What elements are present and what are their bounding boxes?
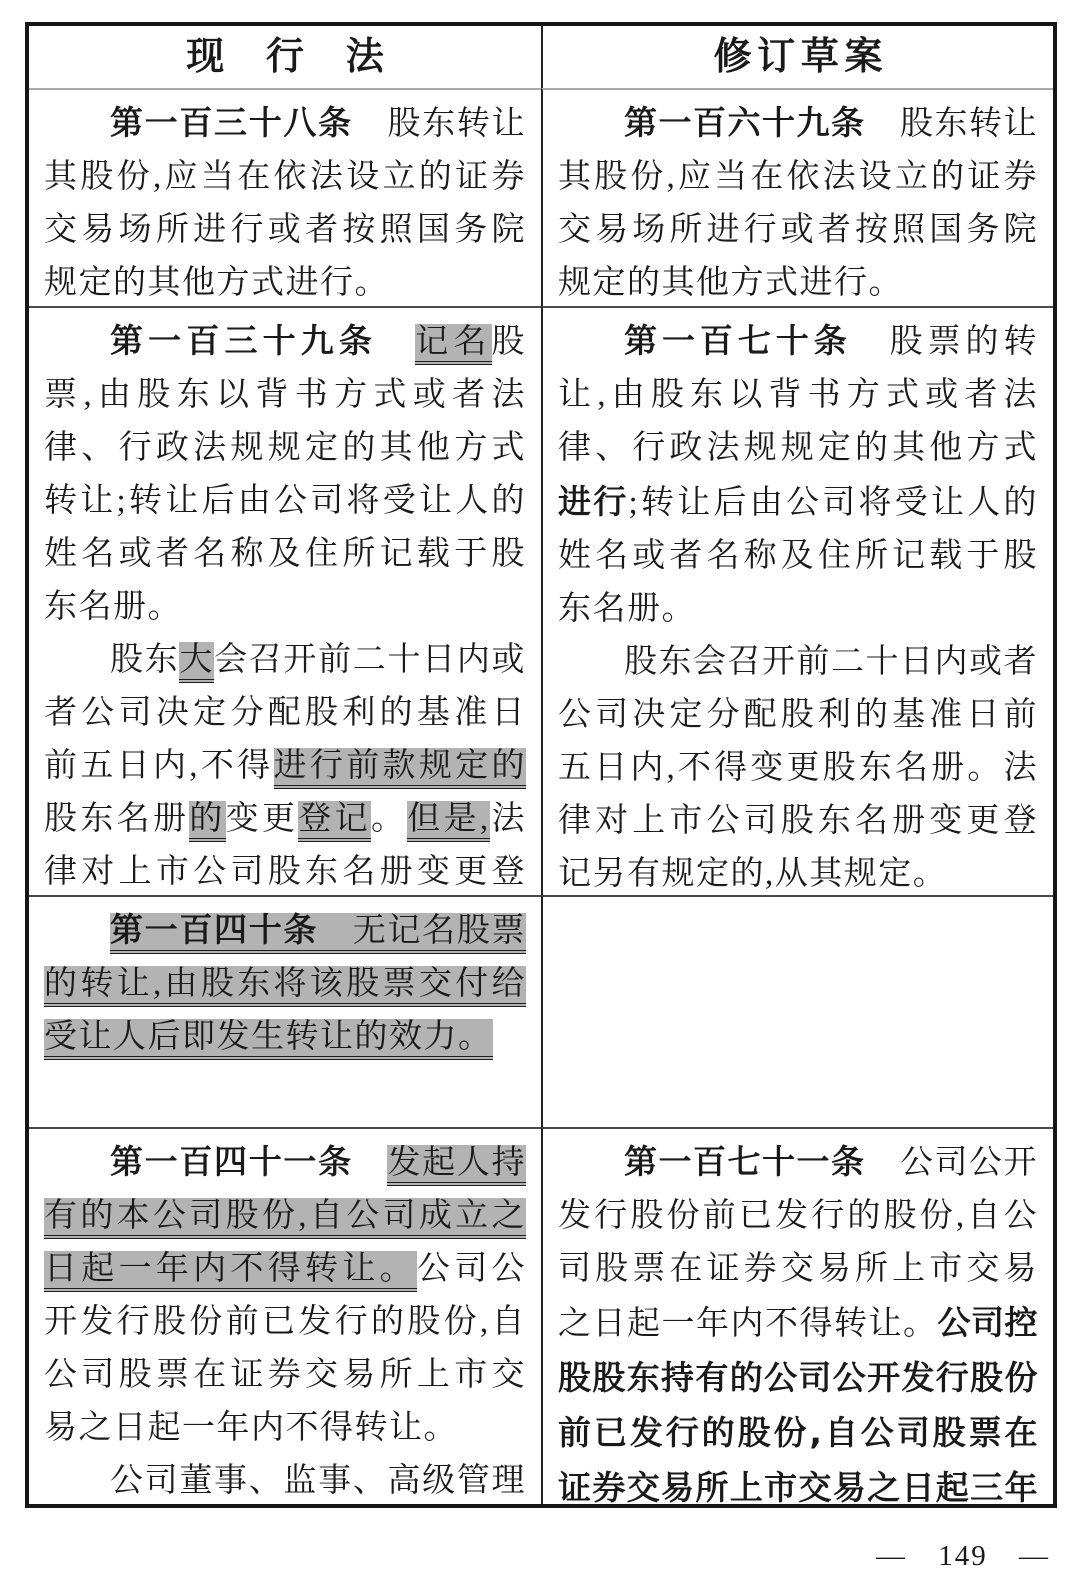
body-text: 股东名册 — [44, 801, 189, 837]
body-text: 公司董事、监事、高级管理人 — [44, 1463, 526, 1504]
paragraph: 股东大会召开前二十日内或者公司决定分配股利的基准日前五日内,不得进行前款规定的股… — [44, 634, 526, 895]
paragraph: 第一百四十条 无记名股票的转让,由股东将该股票交付给受让人后即发生转让的效力。 — [44, 905, 526, 1064]
paragraph: 第一百七十一条 公司公开发行股份前已发行的股份,自公司股票在证券交易所上市交易之… — [558, 1137, 1038, 1504]
deleted-text: 记名 — [415, 324, 491, 365]
comparison-table: 现行法 修订草案 第一百三十八条 股东转让其股份,应当在依法设立的证券交易场所进… — [25, 22, 1057, 1508]
paragraph: 第一百六十九条 股东转让其股份,应当在依法设立的证券交易场所进行或者按照国务院规… — [558, 98, 1038, 306]
column-header-current-law: 现行法 — [29, 26, 541, 88]
article-number: 第一百七十条 — [624, 324, 890, 360]
column-header-revised-draft: 修订草案 — [541, 26, 1053, 88]
paragraph: 第一百七十条 股票的转让,由股东以背书方式或者法律、行政法规规定的其他方式进行;… — [558, 316, 1038, 636]
article-number: 第一百三十九条 — [110, 324, 415, 360]
cell-row3-revised-draft — [541, 895, 1053, 1127]
article-number: 第一百六十九条 — [624, 106, 900, 142]
deleted-text: 大 — [179, 642, 214, 683]
added-text: 进行 — [558, 482, 629, 521]
column-header-label: 现行法 — [186, 38, 425, 76]
body-text: 股东 — [110, 642, 179, 678]
paragraph: 第一百四十一条 发起人持有的本公司股份,自公司成立之日起一年内不得转让。公司公开… — [44, 1137, 526, 1455]
deleted-text: 登记 — [298, 801, 371, 842]
cell-row3-current-law: 第一百四十条 无记名股票的转让,由股东将该股票交付给受让人后即发生转让的效力。 — [29, 895, 541, 1127]
article-number: 第一百四十一条 — [110, 1145, 387, 1181]
article-number-deleted: 第一百四十条 — [110, 913, 318, 954]
deleted-text: 但是, — [407, 801, 489, 842]
body-text: 。 — [371, 801, 407, 837]
body-text: ;转让后由公司将受让人的姓名或者名称及住所记载于股东名册。 — [558, 485, 1038, 627]
page-number: — 149 — — [876, 1538, 1050, 1574]
body-text: 变更 — [226, 801, 299, 837]
cell-row4-revised-draft: 第一百七十一条 公司公开发行股份前已发行的股份,自公司股票在证券交易所上市交易之… — [541, 1127, 1053, 1504]
cell-row2-current-law: 第一百三十九条 记名股票,由股东以背书方式或者法律、行政法规规定的其他方式转让;… — [29, 306, 541, 895]
article-number: 第一百七十一条 — [624, 1145, 900, 1181]
paragraph: 公司董事、监事、高级管理人 — [44, 1455, 526, 1504]
cell-row4-current-law: 第一百四十一条 发起人持有的本公司股份,自公司成立之日起一年内不得转让。公司公开… — [29, 1127, 541, 1504]
cell-row1-current-law: 第一百三十八条 股东转让其股份,应当在依法设立的证券交易场所进行或者按照国务院规… — [29, 88, 541, 306]
article-number: 第一百三十八条 — [110, 106, 387, 142]
paragraph: 第一百三十八条 股东转让其股份,应当在依法设立的证券交易场所进行或者按照国务院规… — [44, 98, 526, 306]
deleted-text: 进行前款规定的 — [274, 748, 526, 789]
document-page: 现行法 修订草案 第一百三十八条 股东转让其股份,应当在依法设立的证券交易场所进… — [0, 0, 1080, 1596]
paragraph: 第一百三十九条 记名股票,由股东以背书方式或者法律、行政法规规定的其他方式转让;… — [44, 316, 526, 634]
body-text: 股东会召开前二十日内或者公司决定分配股利的基准日前五日内,不得变更股东名册。法律… — [558, 644, 1038, 892]
cell-row2-revised-draft: 第一百七十条 股票的转让,由股东以背书方式或者法律、行政法规规定的其他方式进行;… — [541, 306, 1053, 895]
cell-row1-revised-draft: 第一百六十九条 股东转让其股份,应当在依法设立的证券交易场所进行或者按照国务院规… — [541, 88, 1053, 306]
column-header-label: 修订草案 — [713, 38, 888, 76]
deleted-text: 的 — [189, 801, 225, 842]
body-text: 股票,由股东以背书方式或者法律、行政法规规定的其他方式转让;转让后由公司将受让人… — [44, 324, 526, 625]
paragraph: 股东会召开前二十日内或者公司决定分配股利的基准日前五日内,不得变更股东名册。法律… — [558, 636, 1038, 895]
